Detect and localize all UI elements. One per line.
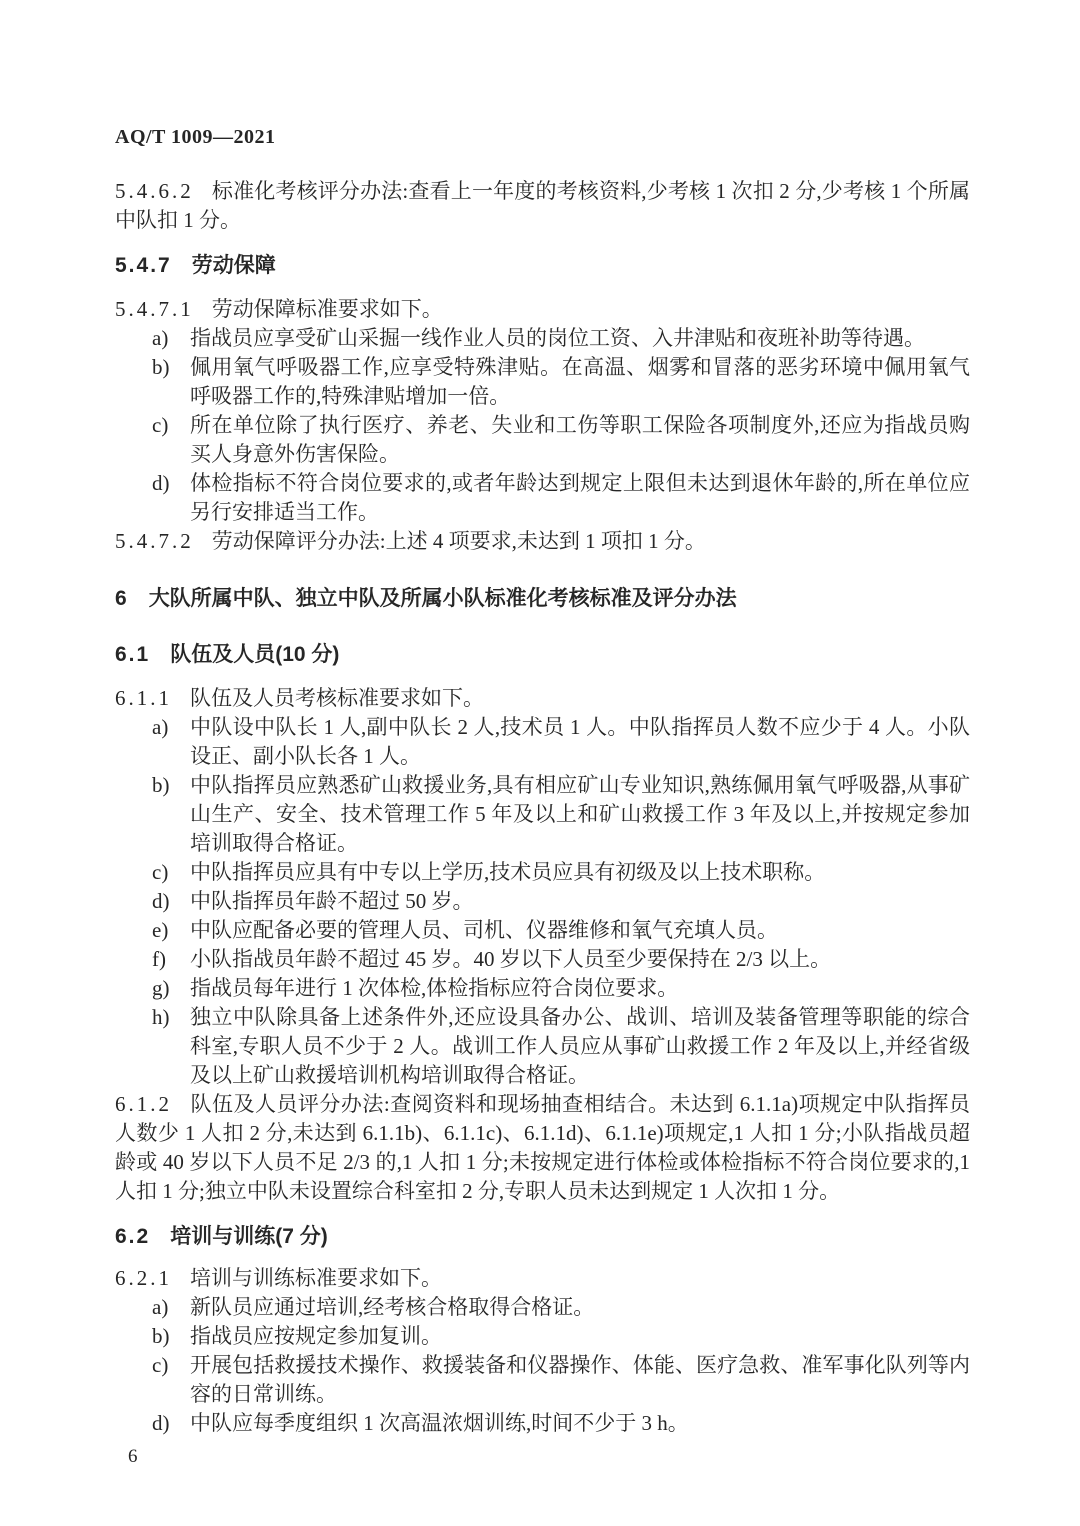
clause-text: 劳动保障标准要求如下。 (212, 297, 443, 321)
page-number: 6 (115, 1446, 970, 1468)
list-item-text: 小队指战员年龄不超过 45 岁。40 岁以下人员至少要保持在 2/3 以上。 (190, 947, 831, 971)
list-item-text: 中队应每季度组织 1 次高温浓烟训练,时间不少于 3 h。 (190, 1411, 689, 1435)
list-item: g)指战员每年进行 1 次体检,体检指标应符合岗位要求。 (115, 974, 970, 1003)
clause-6-2-1: 6.2.1培训与训练标准要求如下。 (115, 1264, 970, 1293)
list-item-label: b) (152, 771, 170, 800)
list-6-1-1: a)中队设中队长 1 人,副中队长 2 人,技术员 1 人。中队指挥员人数不应少… (115, 713, 970, 1090)
list-item-text: 中队应配备必要的管理人员、司机、仪器维修和氧气充填人员。 (190, 918, 778, 942)
clause-number: 6.1.1 (115, 686, 172, 710)
list-item-label: d) (152, 469, 170, 498)
list-item: c)开展包括救援技术操作、救援装备和仪器操作、体能、医疗急救、准军事化队列等内容… (115, 1351, 970, 1409)
clause-text: 劳动保障评分办法:上述 4 项要求,未达到 1 项扣 1 分。 (212, 529, 706, 553)
chapter-6-heading: 6大队所属中队、独立中队及所属小队标准化考核标准及评分办法 (115, 582, 970, 612)
list-item-label: f) (152, 945, 166, 974)
list-item-text: 所在单位除了执行医疗、养老、失业和工伤等职工保险各项制度外,还应为指战员购买人身… (190, 413, 970, 466)
list-item-label: c) (152, 1351, 168, 1380)
list-item: c)中队指挥员应具有中专以上学历,技术员应具有初级及以上技术职称。 (115, 858, 970, 887)
clause-text: 队伍及人员考核标准要求如下。 (190, 686, 484, 710)
list-item-label: e) (152, 916, 168, 945)
list-item: d)中队应每季度组织 1 次高温浓烟训练,时间不少于 3 h。 (115, 1409, 970, 1438)
document-page: AQ/T 1009—2021 5.4.6.2标准化考核评分办法:查看上一年度的考… (0, 0, 1080, 1526)
chapter-title: 大队所属中队、独立中队及所属小队标准化考核标准及评分办法 (149, 587, 737, 610)
list-item-text: 中队指挥员应熟悉矿山救援业务,具有相应矿山专业知识,熟练佩用氧气呼吸器,从事矿山… (190, 773, 970, 855)
list-item-text: 体检指标不符合岗位要求的,或者年龄达到规定上限但未达到退休年龄的,所在单位应另行… (190, 471, 970, 524)
list-item-text: 指战员应按规定参加复训。 (190, 1324, 442, 1348)
heading-number: 6.1 (115, 643, 150, 666)
heading-number: 5.4.7 (115, 254, 172, 277)
list-item-label: c) (152, 858, 168, 887)
list-item-label: a) (152, 713, 168, 742)
chapter-number: 6 (115, 587, 129, 610)
list-item-text: 中队指挥员应具有中专以上学历,技术员应具有初级及以上技术职称。 (190, 860, 825, 884)
list-item: b)佩用氧气呼吸器工作,应享受特殊津贴。在高温、烟雾和冒落的恶劣环境中佩用氧气呼… (115, 353, 970, 411)
list-item-label: a) (152, 1293, 168, 1322)
list-item: a)指战员应享受矿山采掘一线作业人员的岗位工资、入井津贴和夜班补助等待遇。 (115, 324, 970, 353)
list-item-label: b) (152, 1322, 170, 1351)
clause-number: 6.1.2 (115, 1092, 172, 1116)
clause-number: 6.2.1 (115, 1266, 172, 1290)
list-item: d)中队指挥员年龄不超过 50 岁。 (115, 887, 970, 916)
list-item-text: 中队指挥员年龄不超过 50 岁。 (190, 889, 474, 913)
standard-number-header: AQ/T 1009—2021 (115, 126, 970, 149)
clause-number: 5.4.7.1 (115, 297, 194, 321)
clause-text: 标准化考核评分办法:查看上一年度的考核资料,少考核 1 次扣 2 分,少考核 1… (115, 179, 970, 232)
list-item-text: 佩用氧气呼吸器工作,应享受特殊津贴。在高温、烟雾和冒落的恶劣环境中佩用氧气呼吸器… (190, 355, 970, 408)
heading-title: 劳动保障 (192, 254, 276, 277)
list-item-text: 开展包括救援技术操作、救援装备和仪器操作、体能、医疗急救、准军事化队列等内容的日… (190, 1353, 970, 1406)
list-item-text: 指战员应享受矿山采掘一线作业人员的岗位工资、入井津贴和夜班补助等待遇。 (190, 326, 925, 350)
list-item-text: 指战员每年进行 1 次体检,体检指标应符合岗位要求。 (190, 976, 678, 1000)
list-item-label: h) (152, 1003, 170, 1032)
list-item-label: d) (152, 1409, 170, 1438)
heading-number: 6.2 (115, 1225, 150, 1248)
heading-title: 培训与训练(7 分) (170, 1225, 328, 1248)
heading-5-4-7: 5.4.7劳动保障 (115, 249, 970, 279)
heading-title: 队伍及人员(10 分) (170, 643, 339, 666)
clause-5-4-7-1: 5.4.7.1劳动保障标准要求如下。 (115, 295, 970, 324)
list-6-2-1: a)新队员应通过培训,经考核合格取得合格证。 b)指战员应按规定参加复训。 c)… (115, 1293, 970, 1438)
list-item-label: a) (152, 324, 168, 353)
list-item-label: g) (152, 974, 170, 1003)
list-item: e)中队应配备必要的管理人员、司机、仪器维修和氧气充填人员。 (115, 916, 970, 945)
heading-6-2: 6.2培训与训练(7 分) (115, 1220, 970, 1250)
clause-text: 培训与训练标准要求如下。 (190, 1266, 442, 1290)
list-item: a)中队设中队长 1 人,副中队长 2 人,技术员 1 人。中队指挥员人数不应少… (115, 713, 970, 771)
clause-number: 5.4.6.2 (115, 179, 194, 203)
list-item: d)体检指标不符合岗位要求的,或者年龄达到规定上限但未达到退休年龄的,所在单位应… (115, 469, 970, 527)
list-item: h)独立中队除具备上述条件外,还应设具备办公、战训、培训及装备管理等职能的综合科… (115, 1003, 970, 1090)
list-item-label: b) (152, 353, 170, 382)
list-item-text: 中队设中队长 1 人,副中队长 2 人,技术员 1 人。中队指挥员人数不应少于 … (190, 715, 970, 768)
list-item: b)中队指挥员应熟悉矿山救援业务,具有相应矿山专业知识,熟练佩用氧气呼吸器,从事… (115, 771, 970, 858)
clause-6-1-2: 6.1.2队伍及人员评分办法:查阅资料和现场抽查相结合。未达到 6.1.1a)项… (115, 1090, 970, 1206)
clause-text: 队伍及人员评分办法:查阅资料和现场抽查相结合。未达到 6.1.1a)项规定中队指… (115, 1092, 970, 1203)
list-item: b)指战员应按规定参加复训。 (115, 1322, 970, 1351)
clause-6-1-1: 6.1.1队伍及人员考核标准要求如下。 (115, 684, 970, 713)
list-item-label: c) (152, 411, 168, 440)
clause-5-4-6-2: 5.4.6.2标准化考核评分办法:查看上一年度的考核资料,少考核 1 次扣 2 … (115, 177, 970, 235)
list-item-text: 新队员应通过培训,经考核合格取得合格证。 (190, 1295, 594, 1319)
clause-number: 5.4.7.2 (115, 529, 194, 553)
clause-5-4-7-2: 5.4.7.2劳动保障评分办法:上述 4 项要求,未达到 1 项扣 1 分。 (115, 527, 970, 556)
list-item-text: 独立中队除具备上述条件外,还应设具备办公、战训、培训及装备管理等职能的综合科室,… (190, 1005, 970, 1087)
list-item-label: d) (152, 887, 170, 916)
list-item: c)所在单位除了执行医疗、养老、失业和工伤等职工保险各项制度外,还应为指战员购买… (115, 411, 970, 469)
list-item: a)新队员应通过培训,经考核合格取得合格证。 (115, 1293, 970, 1322)
list-item: f)小队指战员年龄不超过 45 岁。40 岁以下人员至少要保持在 2/3 以上。 (115, 945, 970, 974)
document-content: AQ/T 1009—2021 5.4.6.2标准化考核评分办法:查看上一年度的考… (115, 0, 970, 1468)
list-5-4-7-1: a)指战员应享受矿山采掘一线作业人员的岗位工资、入井津贴和夜班补助等待遇。 b)… (115, 324, 970, 527)
heading-6-1: 6.1队伍及人员(10 分) (115, 638, 970, 668)
